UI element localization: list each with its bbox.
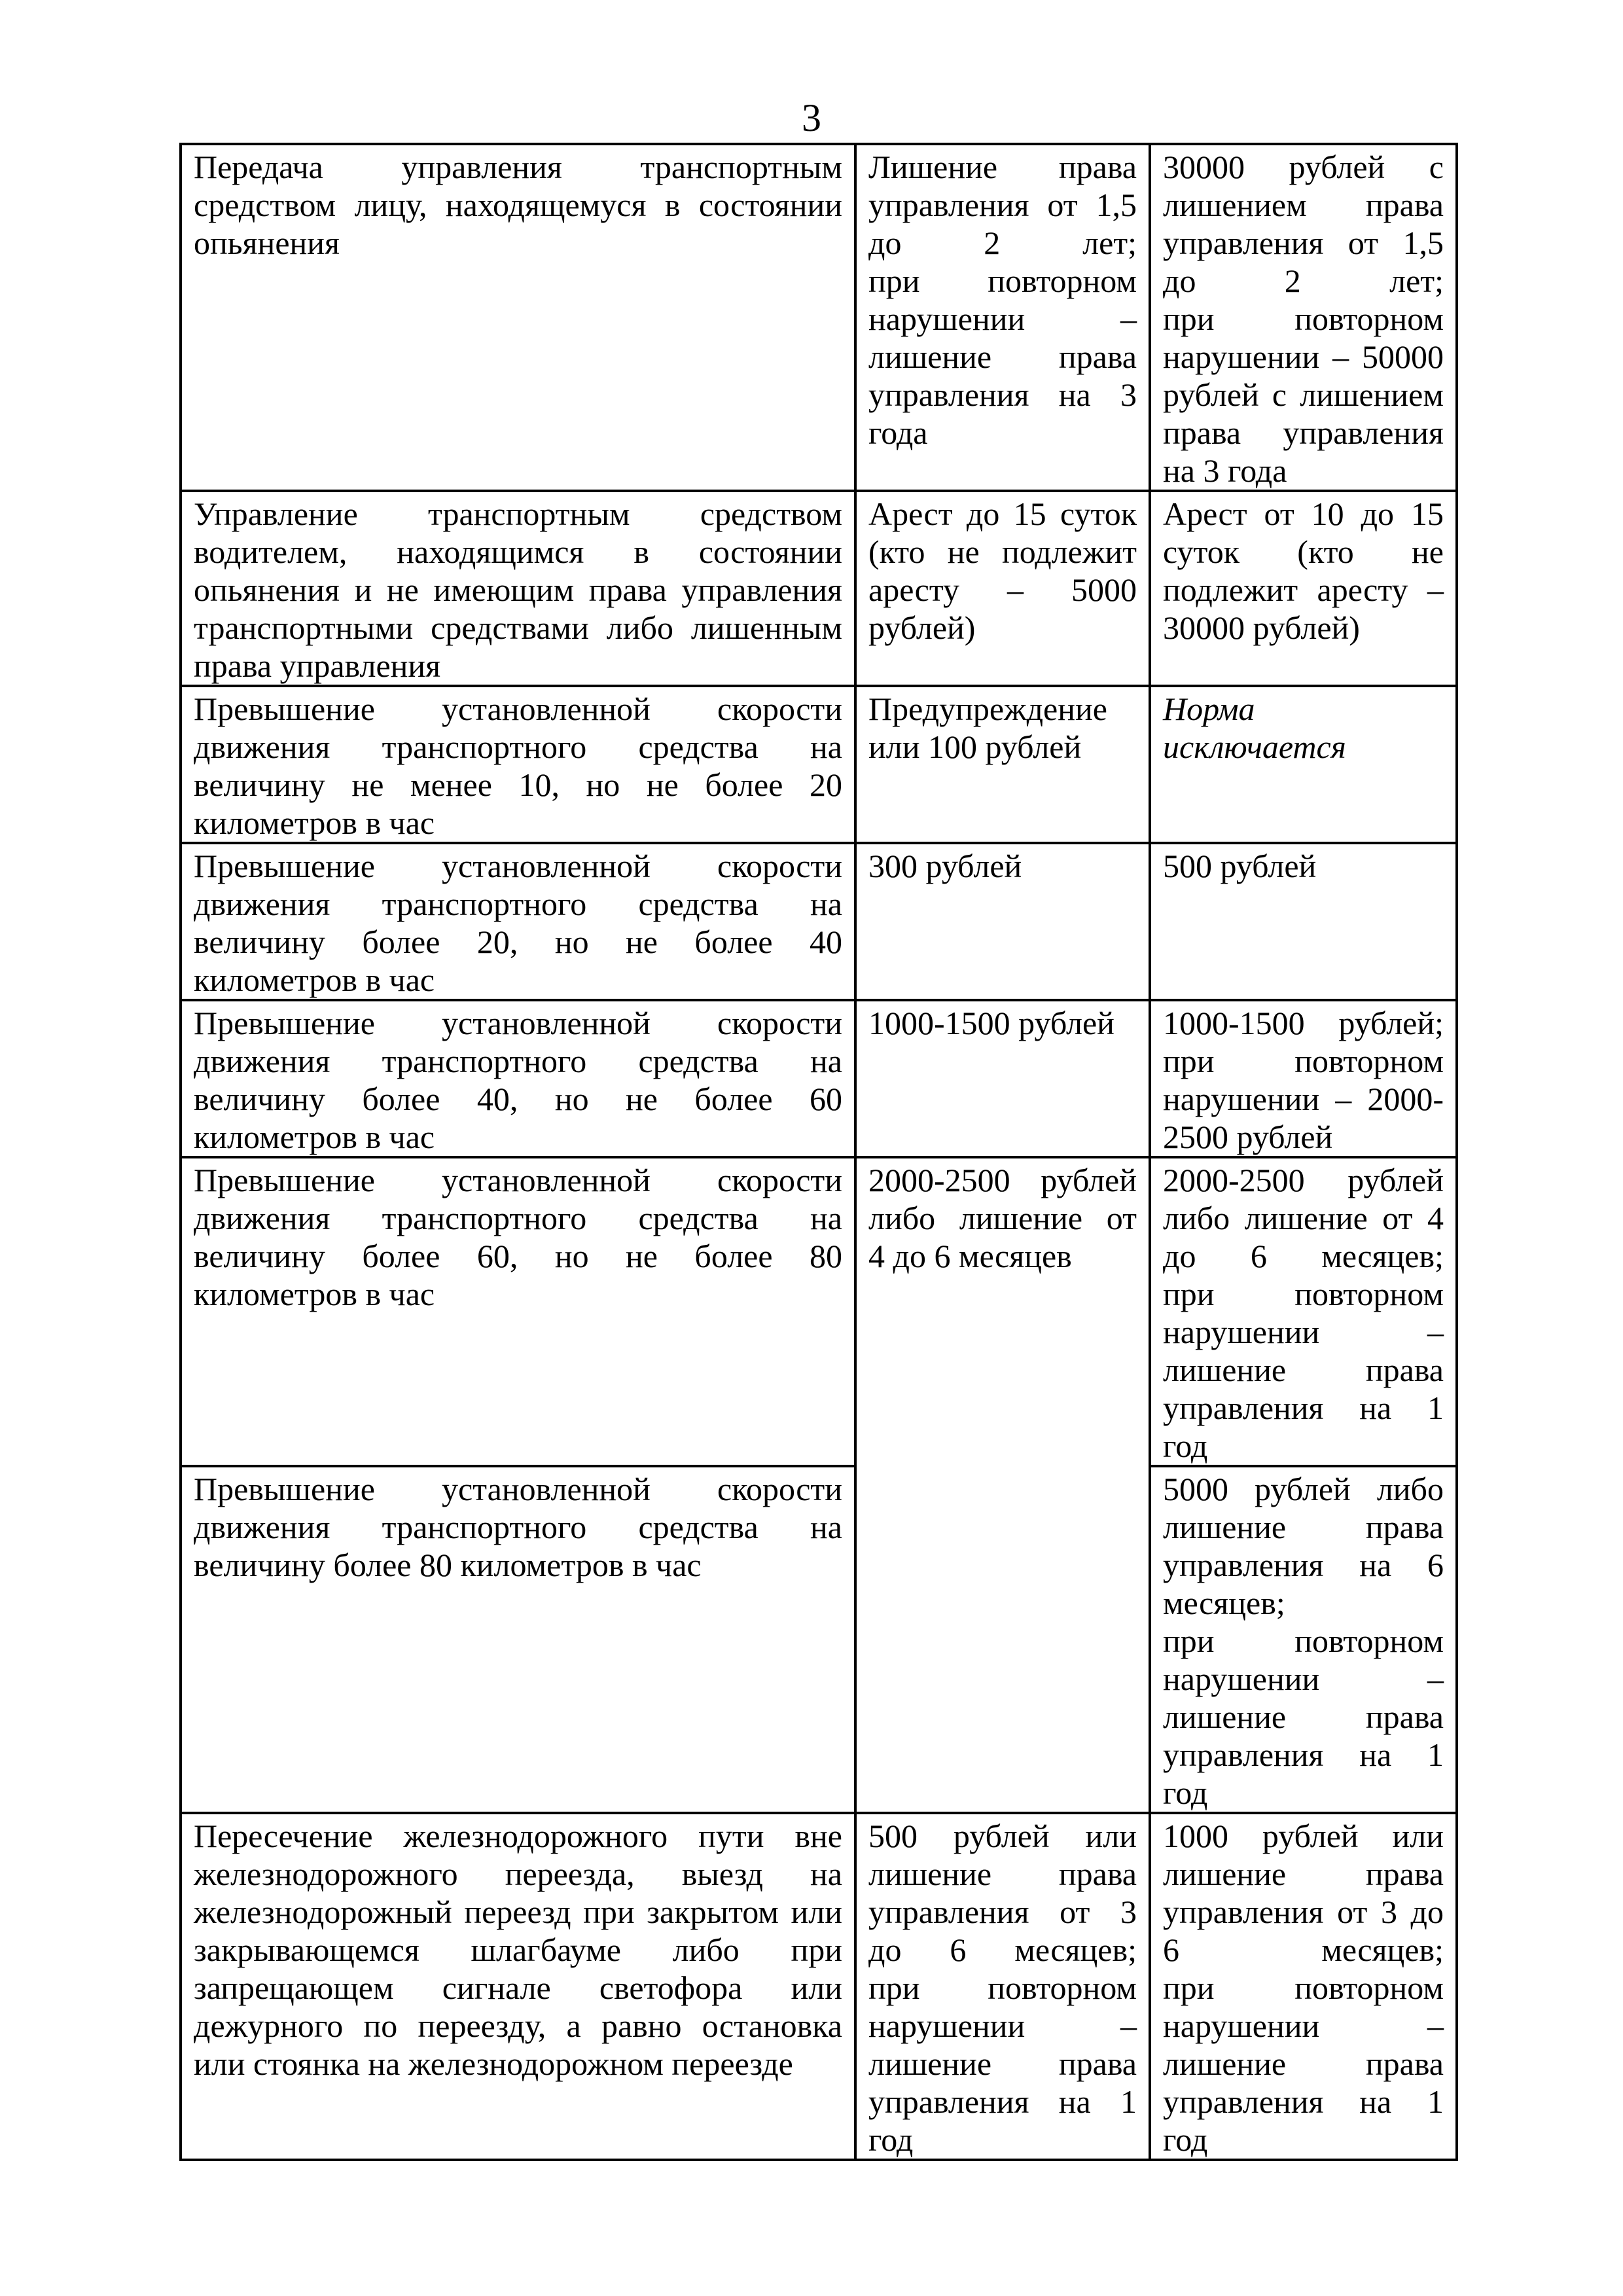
violation-cell: Превышение установленной скоростидвижени… (181, 1466, 855, 1813)
cell-text-line: лишение права (1163, 1508, 1444, 1546)
cell-text-line: управления от 1,5 (1163, 224, 1444, 262)
cell-text-line: 300 рублей (868, 847, 1137, 885)
cell-text-line: 6 месяцев; (1163, 1931, 1444, 1969)
cell-text-line: Превышение установленной скорости (194, 1004, 842, 1042)
cell-text-line: год (1163, 2121, 1444, 2159)
cell-text-line: лишение права (1163, 1855, 1444, 1893)
current-penalty-cell: 2000-2500 рублейлибо лишение от4 до 6 ме… (855, 1157, 1150, 1813)
cell-text-line: нарушении – (1163, 2007, 1444, 2045)
cell-text-line: год (1163, 1774, 1444, 1812)
cell-text-line: нарушении – (868, 300, 1137, 338)
current-penalty-cell: Предупреждениеили 100 рублей (855, 686, 1150, 843)
violation-cell: Передача управления транспортнымсредство… (181, 144, 855, 491)
cell-text-line: Превышение установленной скорости (194, 847, 842, 885)
cell-text-line: Передача управления транспортным (194, 148, 842, 186)
cell-text-line: на 3 года (1163, 452, 1444, 490)
cell-text-line: движения транспортного средства на (194, 1199, 842, 1237)
cell-text-line: рублей) (868, 609, 1137, 647)
current-penalty-cell: Арест до 15 суток(кто не подлежитаресту … (855, 491, 1150, 686)
cell-text-line: 1000-1500 рублей (868, 1004, 1137, 1042)
cell-text-line: права управления (194, 647, 842, 685)
cell-text-line: 30000 рублей с (1163, 148, 1444, 186)
cell-text-line: при повторном (868, 1969, 1137, 2007)
cell-text-line: (кто не подлежит (868, 533, 1137, 571)
cell-text-line: рублей с лишением (1163, 376, 1444, 414)
cell-text-line: 500 рублей (1163, 847, 1444, 885)
violation-cell: Пересечение железнодорожного пути внежел… (181, 1813, 855, 2160)
proposed-penalty-cell: 1000-1500 рублей;при повторномнарушении … (1150, 1000, 1457, 1157)
cell-text-line: опьянения (194, 224, 842, 262)
cell-text-line: до 6 месяцев; (868, 1931, 1137, 1969)
cell-text-line: Лишение права (868, 148, 1137, 186)
cell-text-line: управления на 1 (1163, 1389, 1444, 1427)
cell-text-line: движения транспортного средства на (194, 1042, 842, 1080)
cell-text-line: километров в час (194, 804, 842, 842)
proposed-penalty-cell: 1000 рублей илилишение правауправления о… (1150, 1813, 1457, 2160)
cell-text-line: 5000 рублей либо (1163, 1470, 1444, 1508)
cell-text-line: управления на 6 (1163, 1546, 1444, 1584)
cell-text-line: движения транспортного средства на (194, 728, 842, 766)
cell-text-line: лишение права (868, 2045, 1137, 2083)
proposed-penalty-cell: 30000 рублей слишением правауправления о… (1150, 144, 1457, 491)
cell-text-line: Предупреждение (868, 690, 1137, 728)
proposed-penalty-cell: Нормаисключается (1150, 686, 1457, 843)
table-row: Превышение установленной скоростидвижени… (181, 1157, 1457, 1466)
cell-text-line: Пересечение железнодорожного пути вне (194, 1817, 842, 1855)
cell-text-line: Превышение установленной скорости (194, 690, 842, 728)
page-number: 3 (0, 92, 1623, 144)
cell-text-line: километров в час (194, 1118, 842, 1156)
cell-text-line: управления на 1 (1163, 1736, 1444, 1774)
violation-cell: Превышение установленной скоростидвижени… (181, 843, 855, 1000)
cell-text-line: нарушении – (868, 2007, 1137, 2045)
cell-text-line: движения транспортного средства на (194, 1508, 842, 1546)
proposed-penalty-cell: Арест от 10 до 15суток (кто неподлежит а… (1150, 491, 1457, 686)
cell-text-line: до 2 лет; (1163, 262, 1444, 300)
cell-text-line: движения транспортного средства на (194, 885, 842, 923)
cell-text-line: 500 рублей или (868, 1817, 1137, 1855)
cell-text-line: величину более 60, но не более 80 (194, 1237, 842, 1275)
cell-text-line: величину более 40, но не более 60 (194, 1080, 842, 1118)
cell-text-line: подлежит аресту – (1163, 571, 1444, 609)
cell-text-line: или 100 рублей (868, 728, 1137, 766)
cell-text-line: лишение права (1163, 1698, 1444, 1736)
cell-text-line: управления на 1 (1163, 2083, 1444, 2121)
cell-text-line: величину более 80 километров в час (194, 1546, 842, 1584)
cell-text-line: при повторном (1163, 1622, 1444, 1660)
cell-text-line: нарушении – (1163, 1313, 1444, 1351)
violation-cell: Управление транспортным средствомводител… (181, 491, 855, 686)
current-penalty-cell: 300 рублей (855, 843, 1150, 1000)
cell-text-line: лишение права (868, 1855, 1137, 1893)
table-row: Превышение установленной скоростидвижени… (181, 1466, 1457, 1813)
cell-text-line: лишение права (868, 338, 1137, 376)
cell-text-line: нарушении – (1163, 1660, 1444, 1698)
table-row: Превышение установленной скоростидвижени… (181, 843, 1457, 1000)
cell-text-line: 30000 рублей) (1163, 609, 1444, 647)
cell-text-line: либо лишение от 4 (1163, 1199, 1444, 1237)
cell-text-line: лишением права (1163, 186, 1444, 224)
cell-text-line: Превышение установленной скорости (194, 1470, 842, 1508)
table-row: Превышение установленной скоростидвижени… (181, 1000, 1457, 1157)
table-row: Управление транспортным средствомводител… (181, 491, 1457, 686)
cell-text-line: аресту – 5000 (868, 571, 1137, 609)
cell-text-line: суток (кто не (1163, 533, 1444, 571)
table-row: Передача управления транспортнымсредство… (181, 144, 1457, 491)
cell-text-line: управления от 1,5 (868, 186, 1137, 224)
cell-text-line: 2500 рублей (1163, 1118, 1444, 1156)
cell-text-line: при повторном (1163, 1275, 1444, 1313)
violation-cell: Превышение установленной скоростидвижени… (181, 1000, 855, 1157)
cell-text-line: управления на 1 (868, 2083, 1137, 2121)
cell-text-line: Норма (1163, 690, 1444, 728)
cell-text-line: Превышение установленной скорости (194, 1161, 842, 1199)
cell-text-line: год (868, 2121, 1137, 2159)
cell-text-line: до 2 лет; (868, 224, 1137, 262)
table-row: Превышение установленной скоростидвижени… (181, 686, 1457, 843)
cell-text-line: год (1163, 1427, 1444, 1465)
cell-text-line: величину более 20, но не более 40 (194, 923, 842, 961)
cell-text-line: закрывающемся шлагбауме либо при (194, 1931, 842, 1969)
penalties-table: Передача управления транспортнымсредство… (179, 143, 1458, 2161)
cell-text-line: при повторном (1163, 1969, 1444, 2007)
violation-cell: Превышение установленной скоростидвижени… (181, 686, 855, 843)
proposed-penalty-cell: 5000 рублей либолишение правауправления … (1150, 1466, 1457, 1813)
penalties-table-body: Передача управления транспортнымсредство… (181, 144, 1457, 2160)
cell-text-line: железнодорожного переезда, выезд на (194, 1855, 842, 1893)
cell-text-line: средством лицу, находящемуся в состоянии (194, 186, 842, 224)
cell-text-line: при повторном (1163, 1042, 1444, 1080)
cell-text-line: до 6 месяцев; (1163, 1237, 1444, 1275)
cell-text-line: запрещающем сигнале светофора или (194, 1969, 842, 2007)
cell-text-line: 1000-1500 рублей; (1163, 1004, 1444, 1042)
cell-text-line: 1000 рублей или (1163, 1817, 1444, 1855)
proposed-penalty-cell: 500 рублей (1150, 843, 1457, 1000)
cell-text-line: лишение права (1163, 2045, 1444, 2083)
table-row: Пересечение железнодорожного пути внежел… (181, 1813, 1457, 2160)
cell-text-line: Арест до 15 суток (868, 495, 1137, 533)
cell-text-line: величину не менее 10, но не более 20 (194, 766, 842, 804)
cell-text-line: Арест от 10 до 15 (1163, 495, 1444, 533)
current-penalty-cell: 500 рублей илилишение правауправления от… (855, 1813, 1150, 2160)
cell-text-line: 2000-2500 рублей (1163, 1161, 1444, 1199)
cell-text-line: 4 до 6 месяцев (868, 1237, 1137, 1275)
cell-text-line: лишение права (1163, 1351, 1444, 1389)
current-penalty-cell: 1000-1500 рублей (855, 1000, 1150, 1157)
cell-text-line: нарушении – 50000 (1163, 338, 1444, 376)
cell-text-line: километров в час (194, 1275, 842, 1313)
cell-text-line: месяцев; (1163, 1584, 1444, 1622)
cell-text-line: транспортными средствами либо лишенным (194, 609, 842, 647)
current-penalty-cell: Лишение правауправления от 1,5до 2 лет;п… (855, 144, 1150, 491)
cell-text-line: управления на 3 (868, 376, 1137, 414)
cell-text-line: управления от 3 до (1163, 1893, 1444, 1931)
cell-text-line: водителем, находящимся в состоянии (194, 533, 842, 571)
cell-text-line: исключается (1163, 728, 1444, 766)
cell-text-line: 2000-2500 рублей (868, 1161, 1137, 1199)
cell-text-line: права управления (1163, 414, 1444, 452)
cell-text-line: при повторном (1163, 300, 1444, 338)
cell-text-line: Управление транспортным средством (194, 495, 842, 533)
violation-cell: Превышение установленной скоростидвижени… (181, 1157, 855, 1466)
cell-text-line: нарушении – 2000- (1163, 1080, 1444, 1118)
cell-text-line: железнодорожный переезд при закрытом или (194, 1893, 842, 1931)
cell-text-line: километров в час (194, 961, 842, 999)
cell-text-line: или стоянка на железнодорожном переезде (194, 2045, 842, 2083)
cell-text-line: года (868, 414, 1137, 452)
proposed-penalty-cell: 2000-2500 рублейлибо лишение от 4до 6 ме… (1150, 1157, 1457, 1466)
cell-text-line: дежурного по переезду, а равно остановка (194, 2007, 842, 2045)
cell-text-line: при повторном (868, 262, 1137, 300)
cell-text-line: либо лишение от (868, 1199, 1137, 1237)
cell-text-line: управления от 3 (868, 1893, 1137, 1931)
cell-text-line: опьянения и не имеющим права управления (194, 571, 842, 609)
